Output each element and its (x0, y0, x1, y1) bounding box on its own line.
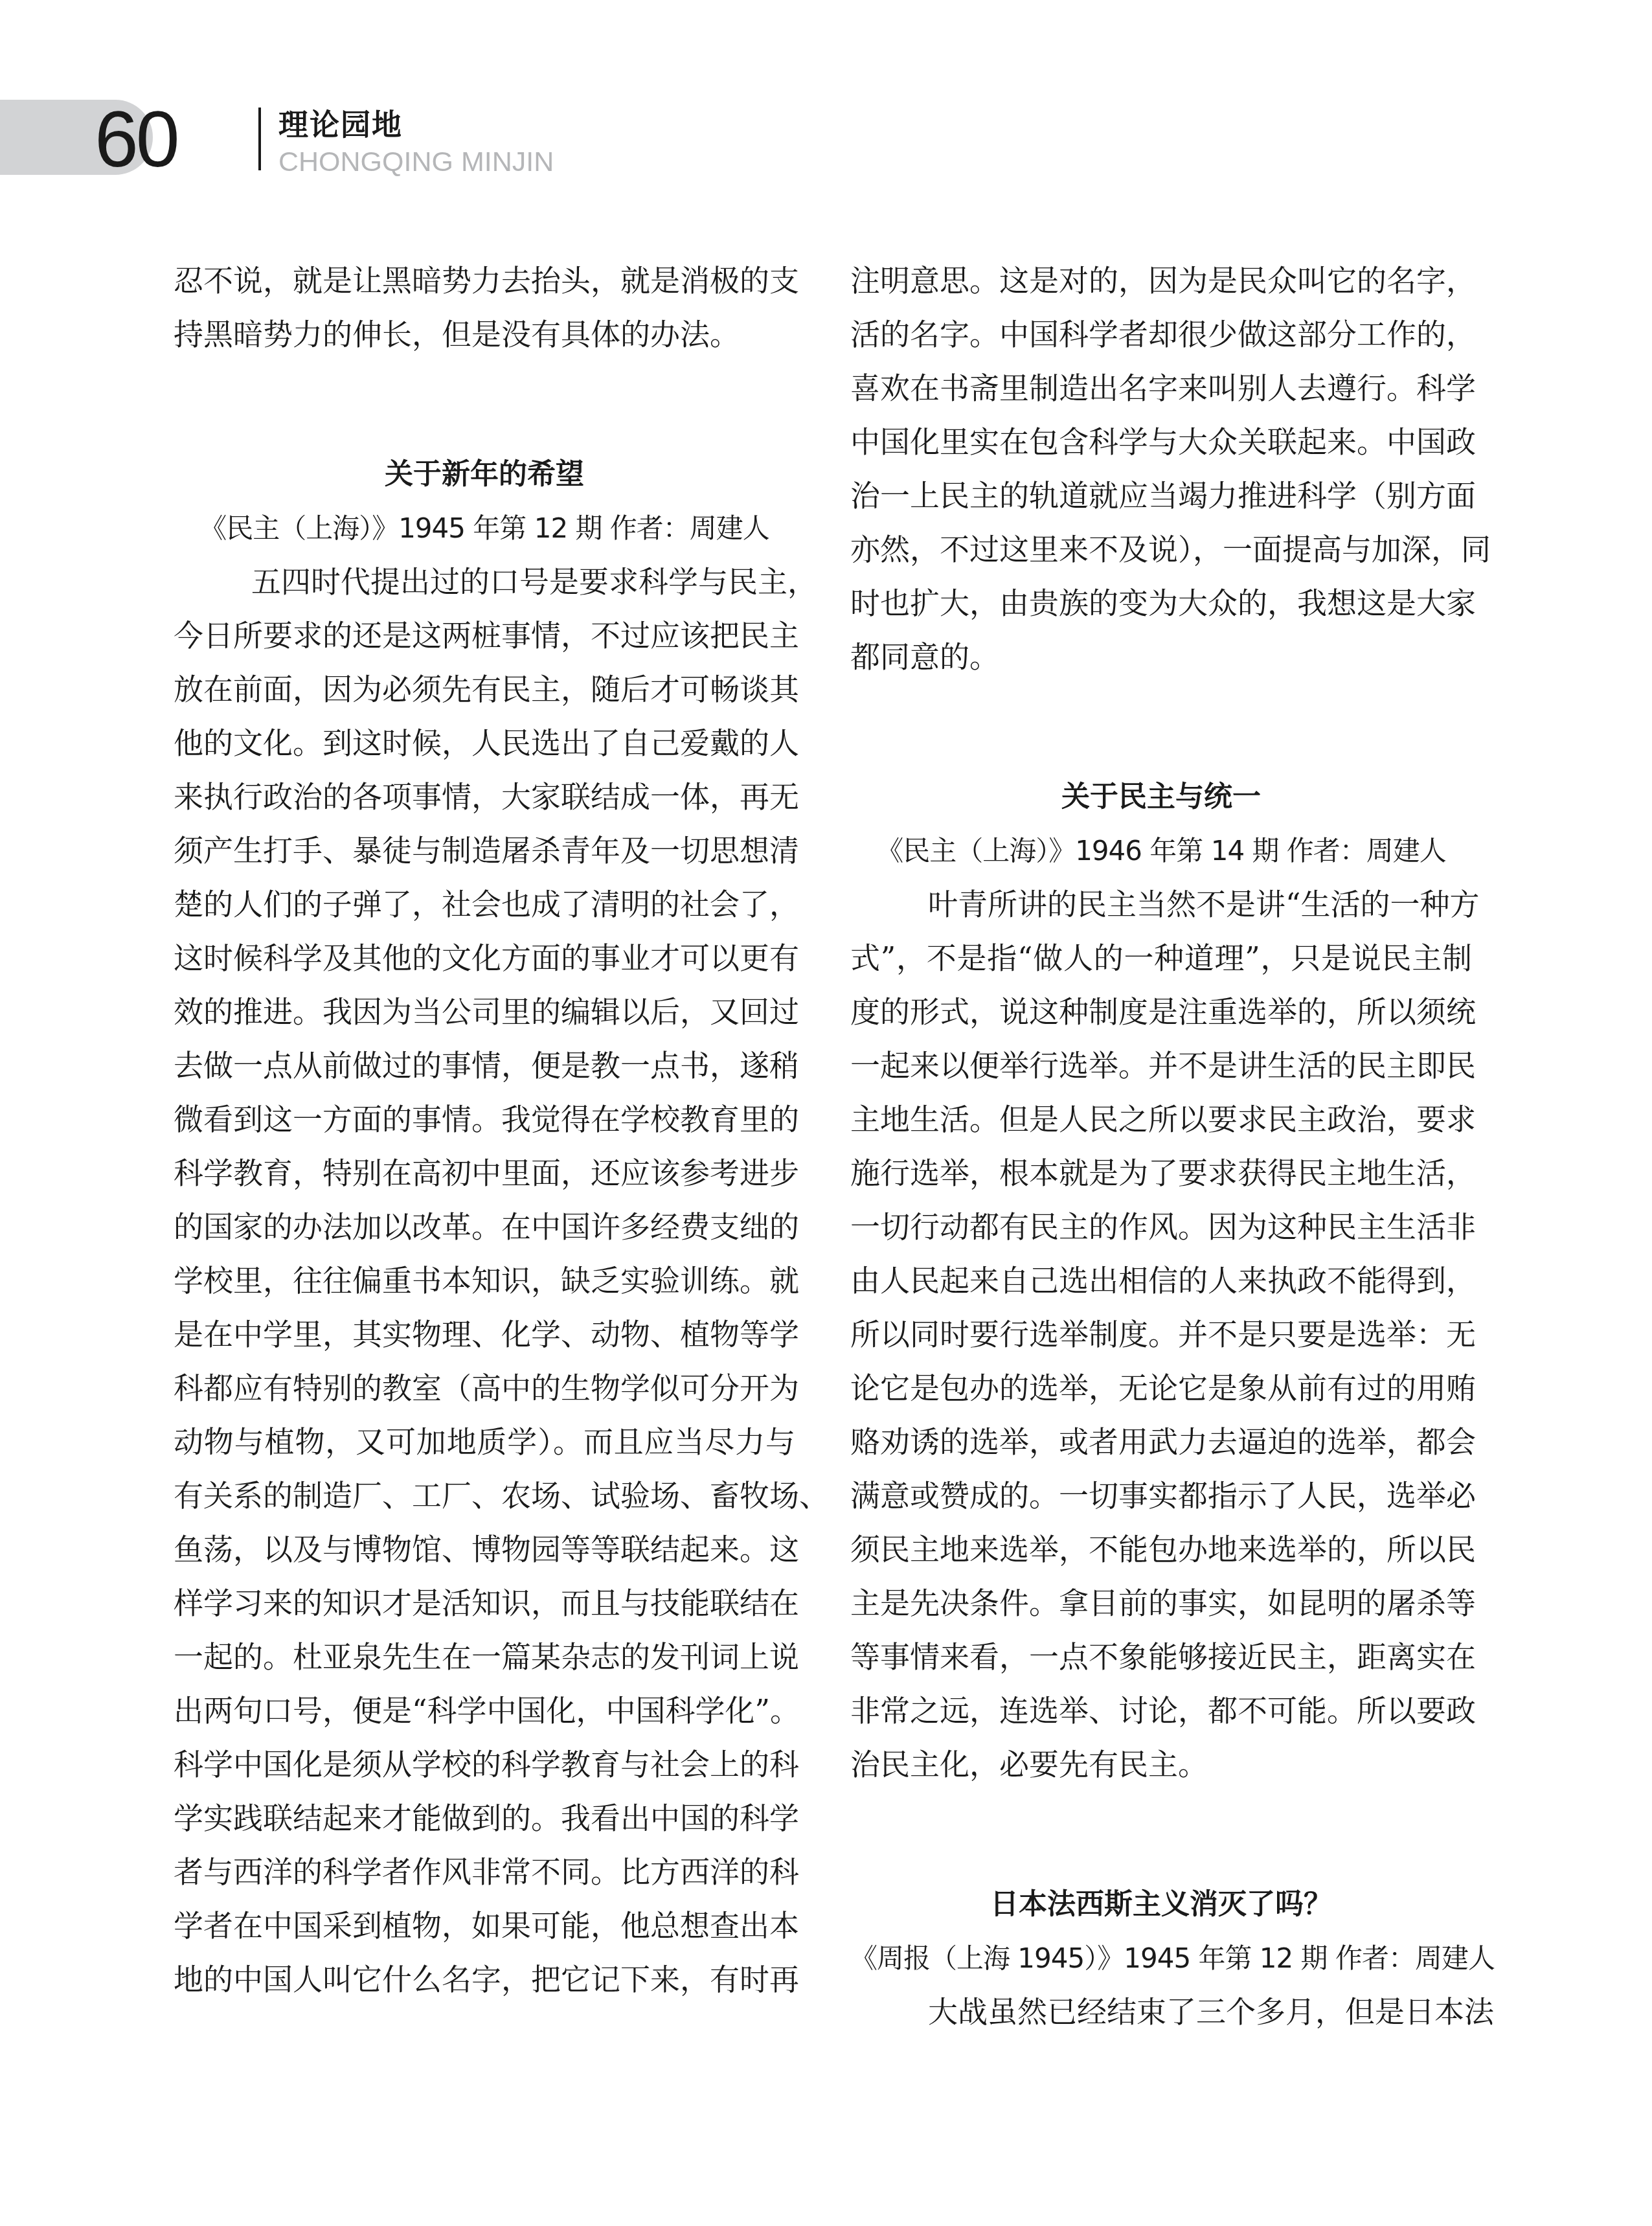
text-line: 科都应有特别的教室（高中的生物学似可分开为 (174, 1361, 795, 1415)
spacer (850, 1791, 1472, 1845)
text-line: 治民主化，必要先有民主。 (850, 1738, 1472, 1791)
article-democracy-and-unity: 关于民主与统一 《民主（上海）》1946 年第 14 期 作者：周建人 叶青所讲… (850, 770, 1472, 1791)
header-divider (258, 108, 261, 170)
text-line: 他的文化。到这时候，人民选出了自己爱戴的人 (174, 716, 795, 770)
text-line: 科学中国化是须从学校的科学教育与社会上的科 (174, 1738, 795, 1791)
text-line: 楚的人们的子弹了，社会也成了清明的社会了， (174, 878, 795, 931)
text-line: 是在中学里，其实物理、化学、动物、植物等学 (174, 1308, 795, 1361)
text-line: 所以同时要行选举制度。并不是只要是选举：无 (850, 1308, 1472, 1361)
text-line: 治一上民主的轨道就应当竭力推进科学（别方面 (850, 469, 1472, 523)
text-line: 来执行政治的各项事情，大家联结成一体，再无 (174, 770, 795, 824)
text-line: 忍不说，就是让黑暗势力去抬头，就是消极的支 (174, 254, 795, 308)
text-line: 大战虽然已经结束了三个多月，但是日本法 (850, 1985, 1472, 2039)
text-line: 式”，不是指“做人的一种道理”，只是说民主制 (850, 931, 1472, 985)
text-line: 样学习来的知识才是活知识，而且与技能联结在 (174, 1576, 795, 1630)
text-line: 活的名字。中国科学者却很少做这部分工作的， (850, 308, 1472, 361)
article-body: 五四时代提出过的口号是要求科学与民主， 今日所要求的还是这两桩事情，不过应该把民… (174, 555, 795, 2006)
text-line: 叶青所讲的民主当然不是讲“生活的一种方 (850, 878, 1472, 931)
text-line: 这时候科学及其他的文化方面的事业才可以更有 (174, 931, 795, 985)
article-body: 叶青所讲的民主当然不是讲“生活的一种方 式”，不是指“做人的一种道理”，只是说民… (850, 878, 1472, 1791)
article-title: 日本法西斯主义消灭了吗？ (850, 1878, 1472, 1931)
text-line: 五四时代提出过的口号是要求科学与民主， (174, 555, 795, 609)
text-line: 鱼荡，以及与博物馆、博物园等等联结起来。这 (174, 1523, 795, 1576)
text-line: 科学教育，特别在高初中里面，还应该参考进步 (174, 1146, 795, 1200)
text-line: 中国化里实在包含科学与大众关联起来。中国政 (850, 415, 1472, 469)
text-line: 亦然，不过这里来不及说），一面提高与加深，同 (850, 523, 1472, 576)
article-body: 大战虽然已经结束了三个多月，但是日本法 (850, 1985, 1472, 2039)
text-line: 都同意的。 (850, 630, 1472, 684)
spacer (174, 361, 795, 415)
text-line: 今日所要求的还是这两桩事情，不过应该把民主 (174, 609, 795, 663)
text-line: 论它是包办的选举，无论它是象从前有过的用贿 (850, 1361, 1472, 1415)
text-line: 须民主地来选举，不能包办地来选举的，所以民 (850, 1523, 1472, 1576)
article-source: 《民主（上海）》1946 年第 14 期 作者：周建人 (850, 824, 1472, 878)
text-line: 的国家的办法加以改革。在中国许多经费支绌的 (174, 1200, 795, 1254)
text-line: 施行选举，根本就是为了要求获得民主地生活， (850, 1146, 1472, 1200)
article-japanese-fascism: 日本法西斯主义消灭了吗？ 《周报（上海 1945）》1945 年第 12 期 作… (850, 1878, 1472, 2039)
magazine-name: CHONGQING MINJIN (278, 148, 554, 176)
text-line: 者与西洋的科学者作风非常不同。比方西洋的科 (174, 1845, 795, 1899)
text-line: 非常之远，连选举、讨论，都不可能。所以要政 (850, 1684, 1472, 1738)
page-header: 60 理论园地 CHONGQING MINJIN (0, 0, 1652, 194)
spacer (850, 738, 1472, 770)
text-line: 出两句口号，便是“科学中国化，中国科学化”。 (174, 1684, 795, 1738)
article-title: 关于新年的希望 (174, 448, 795, 501)
text-line: 动物与植物，又可加地质学）。而且应当尽力与 (174, 1415, 795, 1469)
text-line: 度的形式，说这种制度是注重选举的，所以须统 (850, 985, 1472, 1039)
text-line: 去做一点从前做过的事情，便是教一点书，遂稍 (174, 1039, 795, 1093)
text-line: 时也扩大，由贵族的变为大众的，我想这是大家 (850, 576, 1472, 630)
text-line: 喜欢在书斋里制造出名字来叫别人去遵行。科学 (850, 361, 1472, 415)
continued-paragraph: 忍不说，就是让黑暗势力去抬头，就是消极的支 持黑暗势力的伸长，但是没有具体的办法… (174, 254, 795, 361)
text-line: 主是先决条件。拿目前的事实，如昆明的屠杀等 (850, 1576, 1472, 1630)
text-line: 一起的。杜亚泉先生在一篇某杂志的发刊词上说 (174, 1630, 795, 1684)
text-line: 微看到这一方面的事情。我觉得在学校教育里的 (174, 1093, 795, 1146)
text-line: 地的中国人叫它什么名字，把它记下来，有时再 (174, 1953, 795, 2006)
text-line: 须产生打手、暴徒与制造屠杀青年及一切思想清 (174, 824, 795, 878)
article-source: 《民主（上海）》1945 年第 12 期 作者：周建人 (174, 501, 795, 555)
text-line: 赂劝诱的选举，或者用武力去逼迫的选举，都会 (850, 1415, 1472, 1469)
right-column: 注明意思。这是对的，因为是民众叫它的名字， 活的名字。中国科学者却很少做这部分工… (850, 254, 1472, 2039)
spacer (850, 1845, 1472, 1878)
article-title: 关于民主与统一 (850, 770, 1472, 824)
text-line: 一切行动都有民主的作风。因为这种民主生活非 (850, 1200, 1472, 1254)
text-line: 学校里，往往偏重书本知识，缺乏实验训练。就 (174, 1254, 795, 1308)
text-line: 放在前面，因为必须先有民主，随后才可畅谈其 (174, 663, 795, 716)
text-line: 等事情来看，一点不象能够接近民主，距离实在 (850, 1630, 1472, 1684)
text-line: 注明意思。这是对的，因为是民众叫它的名字， (850, 254, 1472, 308)
left-column: 忍不说，就是让黑暗势力去抬头，就是消极的支 持黑暗势力的伸长，但是没有具体的办法… (174, 254, 795, 2006)
section-title: 理论园地 (278, 106, 403, 142)
spacer (174, 415, 795, 448)
text-line: 学者在中国采到植物，如果可能，他总想查出本 (174, 1899, 795, 1953)
article-new-year-hopes: 关于新年的希望 《民主（上海）》1945 年第 12 期 作者：周建人 五四时代… (174, 448, 795, 2006)
text-line: 一起来以便举行选举。并不是讲生活的民主即民 (850, 1039, 1472, 1093)
spacer (850, 684, 1472, 738)
text-line: 效的推进。我因为当公司里的编辑以后，又回过 (174, 985, 795, 1039)
article-source: 《周报（上海 1945）》1945 年第 12 期 作者：周建人 (850, 1931, 1472, 1985)
text-line: 有关系的制造厂、工厂、农场、试验场、畜牧场、 (174, 1469, 795, 1523)
text-line: 由人民起来自己选出相信的人来执政不能得到， (850, 1254, 1472, 1308)
text-line: 主地生活。但是人民之所以要求民主政治，要求 (850, 1093, 1472, 1146)
text-line: 学实践联结起来才能做到的。我看出中国的科学 (174, 1791, 795, 1845)
text-line: 满意或赞成的。一切事实都指示了人民，选举必 (850, 1469, 1472, 1523)
article-new-year-hopes-continued: 注明意思。这是对的，因为是民众叫它的名字， 活的名字。中国科学者却很少做这部分工… (850, 254, 1472, 684)
text-line: 持黑暗势力的伸长，但是没有具体的办法。 (174, 308, 795, 361)
page-number: 60 (95, 97, 177, 181)
